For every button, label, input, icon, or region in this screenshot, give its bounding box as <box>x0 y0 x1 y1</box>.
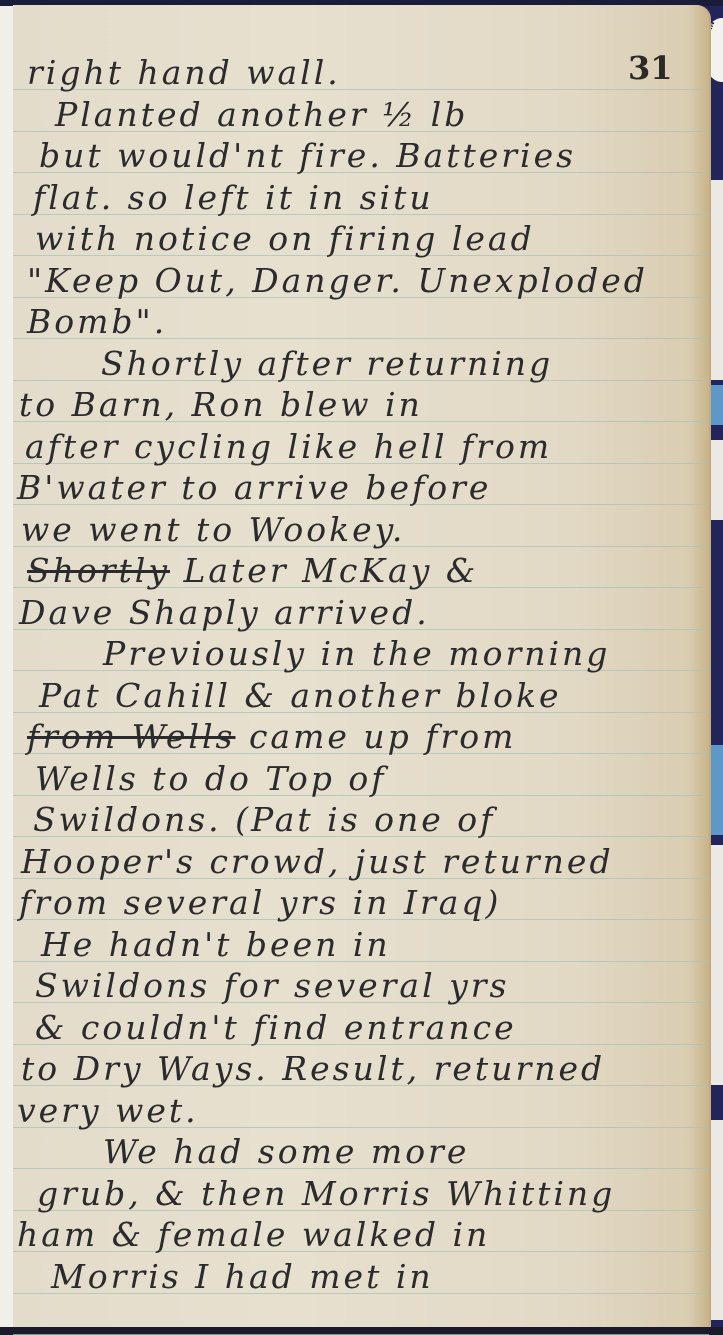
handwritten-line: after cycling like hell from <box>25 427 715 466</box>
handwritten-line: flat. so left it in situ <box>33 178 723 217</box>
line-text: We had some more <box>103 1132 469 1171</box>
line-text: He hadn't been in <box>41 925 391 964</box>
struck-out-text: Shortly <box>27 551 170 590</box>
handwritten-line: but would'nt fire. Batteries <box>39 136 723 175</box>
line-text: Morris I had met in <box>51 1257 434 1296</box>
line-text: with notice on firing lead <box>35 219 535 258</box>
handwritten-line: ham & female walked in <box>17 1215 707 1254</box>
line-text: Shortly after returning <box>101 344 553 383</box>
line-text: came up from <box>235 717 516 756</box>
handwritten-line: B'water to arrive before <box>17 468 707 507</box>
line-text: right hand wall. <box>27 53 341 92</box>
line-text: Previously in the morning <box>103 634 610 673</box>
line-text: Swildons for several yrs <box>35 966 509 1005</box>
handwritten-line: grub, & then Morris Whitting <box>37 1174 723 1213</box>
handwritten-line: with notice on firing lead <box>35 219 723 258</box>
line-text: & couldn't find entrance <box>35 1008 517 1047</box>
handwritten-line: to Dry Ways. Result, returned <box>21 1049 711 1088</box>
line-text: B'water to arrive before <box>17 468 491 507</box>
line-text: from several yrs in Iraq) <box>19 883 501 922</box>
line-text: we went to Wookey. <box>21 510 405 549</box>
line-text: Pat Cahill & another bloke <box>39 676 562 715</box>
line-text: flat. so left it in situ <box>33 178 434 217</box>
line-text: Swildons. (Pat is one of <box>33 800 495 839</box>
line-text: very wet. <box>17 1091 199 1130</box>
handwritten-line: Shortly Later McKay & <box>27 551 717 590</box>
handwritten-line: right hand wall. <box>27 53 717 92</box>
handwritten-line: Previously in the morning <box>103 634 723 673</box>
handwritten-line: we went to Wookey. <box>21 510 711 549</box>
handwritten-line: Planted another ½ lb <box>55 95 723 134</box>
struck-out-text: from Wells <box>27 717 235 756</box>
line-text: after cycling like hell from <box>25 427 552 466</box>
line-text: Hooper's crowd, just returned <box>21 842 614 881</box>
handwritten-line: from several yrs in Iraq) <box>19 883 709 922</box>
line-text: to Dry Ways. Result, returned <box>21 1049 605 1088</box>
handwritten-line: Pat Cahill & another bloke <box>39 676 723 715</box>
line-text: Later McKay & <box>170 551 478 590</box>
handwritten-line: & couldn't find entrance <box>35 1008 723 1047</box>
line-text: ham & female walked in <box>17 1215 490 1254</box>
left-margin-strip <box>0 0 13 1335</box>
line-text: to Barn, Ron blew in <box>19 385 423 424</box>
handwritten-line: to Barn, Ron blew in <box>19 385 709 424</box>
line-text: but would'nt fire. Batteries <box>39 136 576 175</box>
handwritten-line: We had some more <box>103 1132 723 1171</box>
handwritten-line: "Keep Out, Danger. Unexploded <box>27 261 717 300</box>
line-text: Dave Shaply arrived. <box>19 593 430 632</box>
handwritten-line: He hadn't been in <box>41 925 723 964</box>
handwritten-line: Bomb". <box>27 302 717 341</box>
diary-page: 31 right hand wall.Planted another ½ lbb… <box>13 5 711 1327</box>
handwritten-line: Wells to do Top of <box>35 759 723 798</box>
handwritten-line: very wet. <box>17 1091 707 1130</box>
handwritten-line: Hooper's crowd, just returned <box>21 842 711 881</box>
line-text: Wells to do Top of <box>35 759 386 798</box>
line-text: Planted another ½ lb <box>55 95 468 134</box>
handwritten-line: Dave Shaply arrived. <box>19 593 709 632</box>
line-text: Bomb". <box>27 302 167 341</box>
handwritten-line: Shortly after returning <box>101 344 723 383</box>
handwritten-line: Morris I had met in <box>51 1257 723 1296</box>
handwritten-line: from Wells came up from <box>27 717 717 756</box>
line-text: "Keep Out, Danger. Unexploded <box>27 261 648 300</box>
line-text: grub, & then Morris Whitting <box>37 1174 615 1213</box>
handwritten-line: Swildons for several yrs <box>35 966 723 1005</box>
handwritten-line: Swildons. (Pat is one of <box>33 800 723 839</box>
